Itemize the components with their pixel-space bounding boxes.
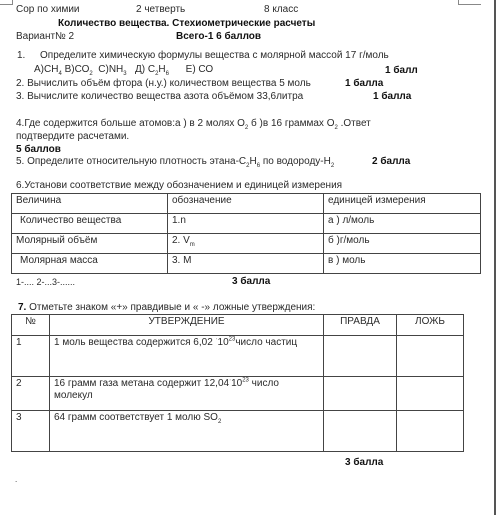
true-answer-cell[interactable] — [324, 336, 397, 377]
table-row: Количество вещества 1.n а ) л/моль — [12, 214, 481, 234]
q1-options: А)СН4 В)СО2 С)NН3 Д) С2Н6 Е) СО — [34, 64, 213, 76]
q5-points: 2 балла — [372, 156, 410, 168]
unit-cell: а ) л/моль — [324, 214, 481, 234]
header-cell: обозначение — [168, 194, 324, 214]
table-header-row: № УТВЕРЖДЕНИЕ ПРАВДА ЛОЖЬ — [12, 315, 464, 336]
q2-text: 2. Вычислить объём фтора (н.у.) количест… — [16, 78, 311, 90]
header-cell: ЛОЖЬ — [397, 315, 464, 336]
q7-points: 3 балла — [345, 457, 383, 469]
quantity-cell: Молярная масса — [12, 254, 168, 274]
q1-option-c: С)NН3 — [98, 64, 126, 75]
page-corner-mark — [458, 0, 481, 5]
q7-title: 7. Отметьте знаком «+» правдивые и « -» … — [18, 302, 315, 314]
header-cell: единицей измерения — [324, 194, 481, 214]
unit-cell: б )г/моль — [324, 234, 481, 254]
q6-answer-line: 1-.... 2-...3-...... — [16, 276, 75, 288]
table-row: Молярная масса 3. M в ) моль — [12, 254, 481, 274]
symbol-cell: 1.n — [168, 214, 324, 234]
q1-option-d: Д) С2Н6 — [135, 64, 169, 75]
quantity-cell: Количество вещества — [12, 214, 168, 234]
matching-table: Величина обозначение единицей измерения … — [11, 193, 481, 274]
grade-label: 8 класс — [264, 4, 298, 16]
statement-cell: 16 грамм газа метана содержит 12,04·1023… — [50, 377, 324, 411]
table-row: 2 16 грамм газа метана содержит 12,04·10… — [12, 377, 464, 411]
statement-cell: 1 моль вещества содержится 6,02 ·1023чис… — [50, 336, 324, 377]
unit-cell: в ) моль — [324, 254, 481, 274]
quantity-cell: Молярный объём — [12, 234, 168, 254]
table-row: 3 64 грамм соответствует 1 молю SО2 — [12, 411, 464, 452]
false-answer-cell[interactable] — [397, 336, 464, 377]
symbol-cell: 2. Vm — [168, 234, 324, 254]
false-answer-cell[interactable] — [397, 411, 464, 452]
q4-text-line2: подтвердите расчетами. — [16, 131, 129, 143]
footer-dot: . — [15, 474, 17, 486]
statement-cell: 64 грамм соответствует 1 молю SО2 — [50, 411, 324, 452]
true-answer-cell[interactable] — [324, 411, 397, 452]
header-cell: ПРАВДА — [324, 315, 397, 336]
table-header-row: Величина обозначение единицей измерения — [12, 194, 481, 214]
symbol-cell: 3. M — [168, 254, 324, 274]
row-number: 2 — [12, 377, 50, 411]
subject-label: Сор по химии — [16, 4, 80, 16]
q1-points: 1 балл — [385, 65, 418, 77]
q1-number: 1. — [17, 50, 25, 62]
q4-points: 5 баллов — [16, 144, 61, 156]
true-false-table: № УТВЕРЖДЕНИЕ ПРАВДА ЛОЖЬ 1 1 моль вещес… — [11, 314, 464, 452]
q4-text: 4.Где содержится больше атомов:а ) в 2 м… — [16, 118, 371, 130]
row-number: 3 — [12, 411, 50, 452]
q2-points: 1 балла — [345, 78, 383, 90]
header-cell: Величина — [12, 194, 168, 214]
quarter-label: 2 четверть — [136, 4, 185, 16]
q5-text: 5. Определите относительную плотность эт… — [16, 156, 334, 168]
page-corner-mark — [0, 0, 13, 5]
q6-points: 3 балла — [232, 276, 270, 288]
total-points: Всего-1 6 баллов — [176, 31, 261, 43]
q1-option-e: Е) СО — [186, 64, 214, 75]
page-title: Количество вещества. Стехиометрические р… — [58, 18, 315, 30]
q3-points: 1 балла — [373, 91, 411, 103]
q1-option-a: А)СН4 — [34, 64, 62, 75]
true-answer-cell[interactable] — [324, 377, 397, 411]
false-answer-cell[interactable] — [397, 377, 464, 411]
header-cell: УТВЕРЖДЕНИЕ — [50, 315, 324, 336]
q1-text: Определите химическую формулы вещества с… — [40, 50, 389, 62]
row-number: 1 — [12, 336, 50, 377]
header-cell: № — [12, 315, 50, 336]
q1-option-b: В)СО2 — [65, 64, 93, 75]
q3-text: 3. Вычислите количество вещества азота о… — [16, 91, 303, 103]
page-edge — [494, 0, 496, 515]
variant-label: Вариант№ 2 — [16, 31, 74, 43]
q6-title: 6.Установи соответствие между обозначени… — [16, 180, 342, 192]
table-row: Молярный объём 2. Vm б )г/моль — [12, 234, 481, 254]
table-row: 1 1 моль вещества содержится 6,02 ·1023ч… — [12, 336, 464, 377]
